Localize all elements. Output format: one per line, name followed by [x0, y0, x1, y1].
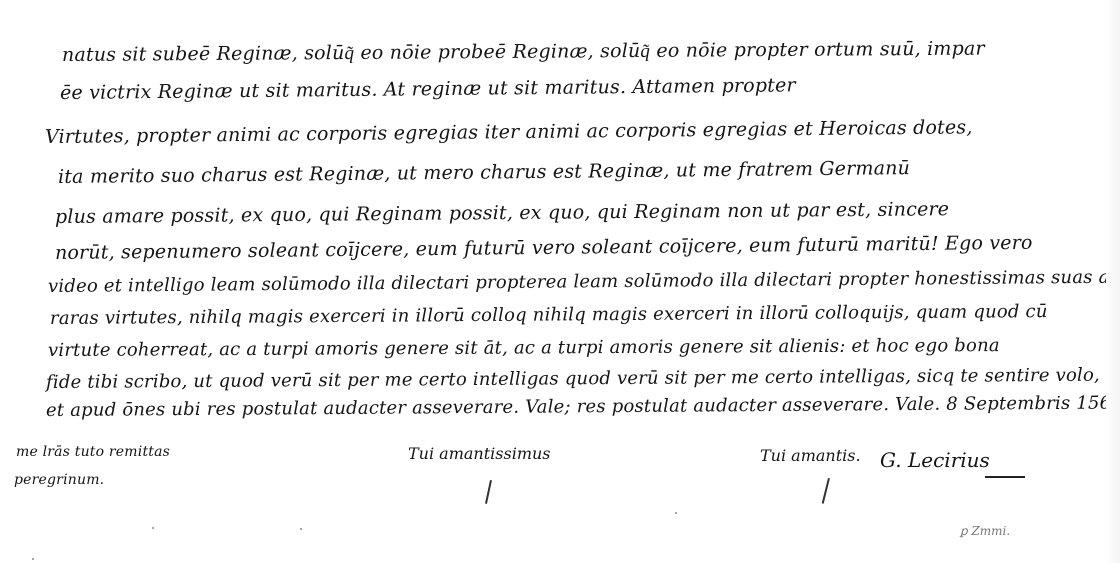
manuscript-line-11: et apud ōnes ubi res postulat audacter a…: [46, 392, 1120, 421]
signature-flourish: [985, 476, 1025, 478]
manuscript-line-9: virtute coherreat, ac a turpi amoris gen…: [48, 335, 1000, 361]
descender-stroke: [822, 478, 830, 504]
manuscript-line-4: ita merito suo charus est Reginæ, ut mer…: [58, 157, 910, 188]
page-edge: [1106, 0, 1120, 563]
subscription-middle: Tui amantissimus: [408, 444, 551, 463]
bottom-marks: ꝑ Zmmi.: [960, 524, 1010, 538]
manuscript-page: natus sit subeē Reginæ, solūq͂ eo nōie p…: [0, 0, 1120, 563]
subscription-right: Tui amantis.: [760, 446, 861, 465]
manuscript-line-10: fide tibi scribo, ut quod verū sit per m…: [46, 365, 1100, 393]
manuscript-line-5: plus amare possit, ex quo, qui Reginam p…: [55, 198, 949, 228]
paper-speck: [675, 512, 677, 514]
manuscript-line-2: ēe victrix Reginæ ut sit maritus. At reg…: [60, 74, 796, 104]
postscript-line-1: me lrās tuto remittas: [16, 444, 170, 460]
postscript-line-2: peregrinum.: [14, 472, 104, 488]
paper-speck: [152, 527, 154, 529]
manuscript-line-3: Virtutes, propter animi ac corporis egre…: [45, 116, 973, 148]
descender-stroke: [485, 480, 491, 504]
manuscript-line-7: video et intelligo leam solūmodo illa di…: [48, 267, 1120, 297]
manuscript-line-6: norūt, sepenumero soleant coījcere, eum …: [55, 232, 1033, 264]
paper-speck: [300, 528, 302, 530]
manuscript-line-1: natus sit subeē Reginæ, solūq͂ eo nōie p…: [62, 38, 985, 67]
paper-speck: [32, 558, 34, 560]
signature: G. Lecirius: [880, 448, 990, 472]
manuscript-line-8: raras virtutes, nihilq magis exerceri in…: [50, 301, 1048, 329]
